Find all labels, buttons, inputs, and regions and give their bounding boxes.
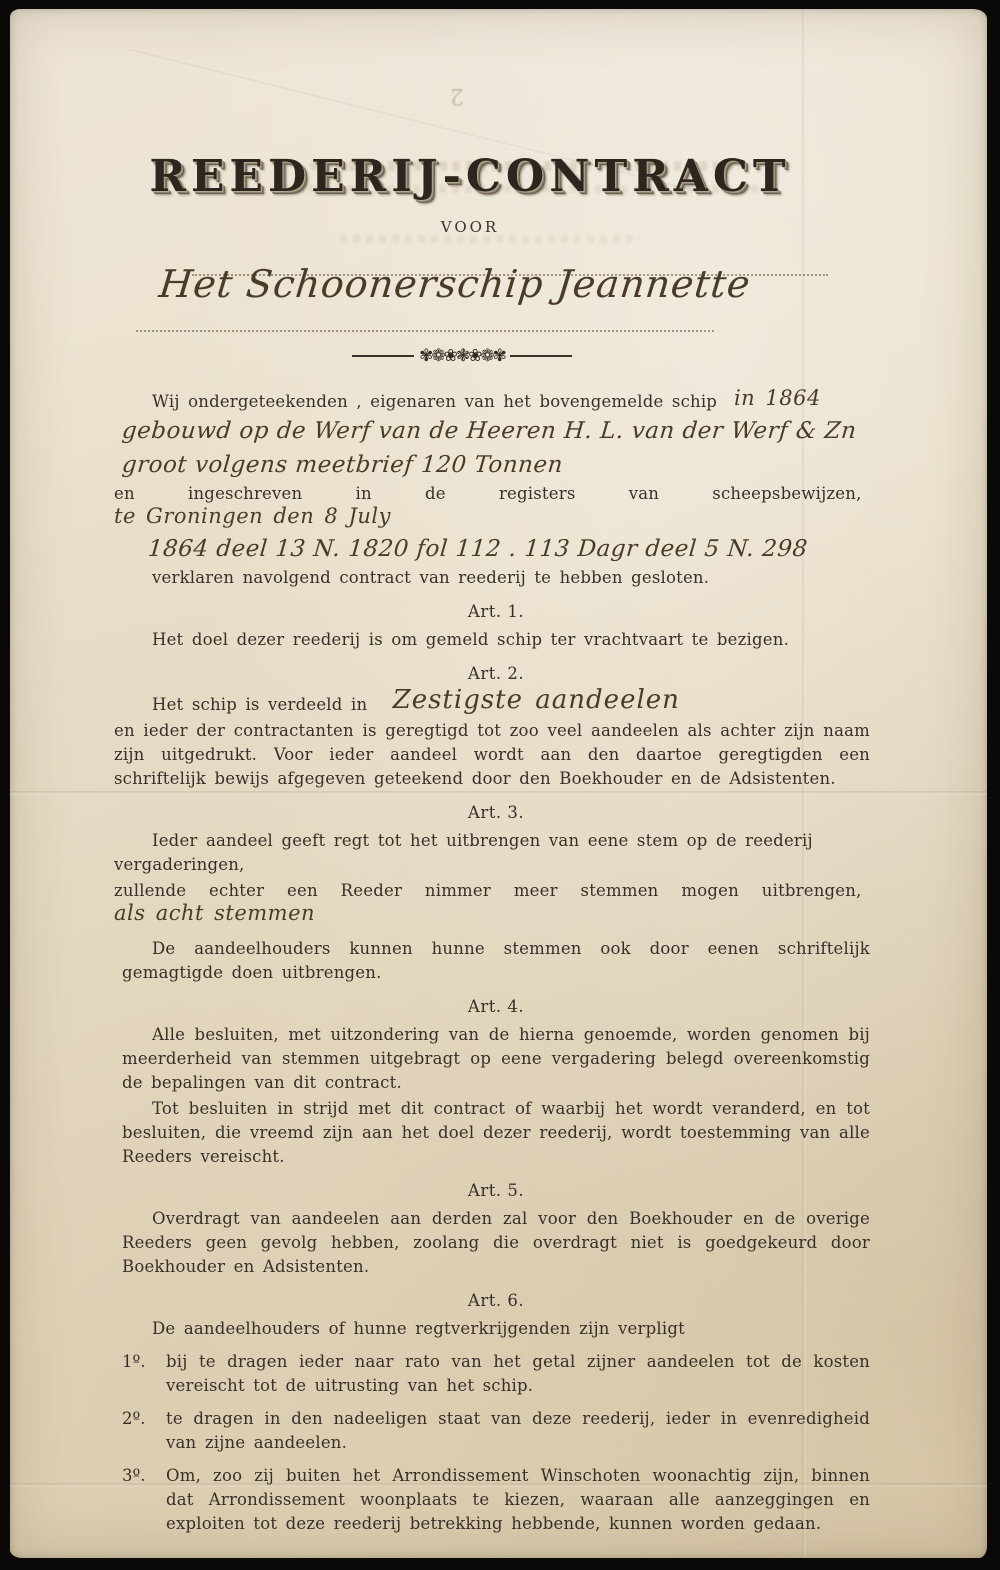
list-item-2-text: te dragen in den nadeeligen staat van de… [166, 1407, 870, 1455]
document-content: REEDERIJ-CONTRACT VOOR Het Schoonerschip… [122, 9, 870, 1536]
intro-closing-line: verklaren navolgend contract van reederi… [122, 566, 870, 590]
article-6-heading: Art. 6. [122, 1291, 870, 1310]
list-item-3: 3º. Om, zoo zij buiten het Arrondissemen… [122, 1464, 870, 1536]
handwritten-year: in 1864 [734, 386, 821, 410]
list-item-3-text: Om, zoo zij buiten het Arrondissement Wi… [166, 1464, 870, 1536]
article-4-body-1: Alle besluiten, met uitzondering van de … [122, 1023, 870, 1095]
intro-registry-line: en ingeschreven in de registers van sche… [114, 482, 870, 532]
article-3-body-2-printed: zullende echter een Reeder nimmer meer s… [114, 881, 862, 900]
intro-section: Wij ondergeteekenden , eigenaren van het… [122, 388, 870, 590]
list-item-2: 2º. te dragen in den nadeeligen staat va… [122, 1407, 870, 1455]
article-1-heading: Art. 1. [122, 602, 870, 621]
ship-name-field: Het Schoonerschip Jeannette [96, 260, 844, 336]
article-2-lead-line: Het schip is verdeeld in Zestigste aande… [122, 690, 870, 717]
intro-opening-printed: Wij ondergeteekenden , eigenaren van het… [152, 392, 717, 411]
article-2-lead-printed: Het schip is verdeeld in [152, 695, 367, 714]
divider-rule-right [510, 355, 572, 357]
article-2-body: en ieder der contractanten is geregtigd … [114, 719, 870, 791]
intro-opening-line: Wij ondergeteekenden , eigenaren van het… [122, 388, 870, 414]
article-3-body-3: De aandeelhouders kunnen hunne stemmen o… [122, 937, 870, 985]
ship-name-handwritten: Het Schoonerschip Jeannette [94, 262, 817, 306]
article-6-lead: De aandeelhouders of hunne regtverkrijge… [122, 1317, 870, 1341]
handwritten-registry-place: te Groningen den 8 July [114, 504, 391, 528]
article-1-body: Het doel dezer reederij is om gemeld sch… [122, 628, 870, 652]
article-5-body: Overdragt van aandeelen aan derden zal v… [122, 1207, 870, 1279]
article-4-body-2: Tot besluiten in strijd met dit contract… [122, 1097, 870, 1169]
document-title: REEDERIJ-CONTRACT [96, 151, 844, 202]
list-item-1: 1º. bij te dragen ieder naar rato van he… [122, 1350, 870, 1398]
document-photo: { "document": { "bleed_page_number": "2"… [0, 0, 1000, 1570]
list-item-1-number: 1º. [122, 1350, 166, 1398]
article-3-body-1-line2: vergaderingen, [114, 855, 245, 874]
article-3: Art. 3. Ieder aandeel geeft regt tot het… [122, 803, 870, 985]
divider-rule-left [352, 355, 414, 357]
article-6: Art. 6. De aandeelhouders of hunne regtv… [122, 1291, 870, 1536]
voor-label: VOOR [96, 218, 844, 236]
article-3-body-1: Ieder aandeel geeft regt tot het uitbren… [122, 829, 870, 877]
article-4-heading: Art. 4. [122, 997, 870, 1016]
handwritten-registry-numbers: 1864 deel 13 N. 1820 fol 112 . 113 Dagr … [147, 532, 872, 566]
article-1: Art. 1. Het doel dezer reederij is om ge… [122, 602, 870, 652]
article-3-heading: Art. 3. [122, 803, 870, 822]
header-group: REEDERIJ-CONTRACT VOOR Het Schoonerschip… [96, 151, 844, 366]
handwritten-builder: gebouwd op de Werf van de Heeren H. L. v… [121, 414, 872, 448]
intro-registry-printed: en ingeschreven in de registers van sche… [114, 484, 862, 503]
list-item-3-number: 3º. [122, 1464, 166, 1536]
article-2: Art. 2. Het schip is verdeeld in Zestigs… [122, 664, 870, 791]
article-5-heading: Art. 5. [122, 1181, 870, 1200]
spacer [122, 929, 870, 937]
dotted-rule-bottom [136, 330, 714, 332]
handwritten-shares: Zestigste aandeelen [393, 685, 680, 715]
article-4: Art. 4. Alle besluiten, met uitzondering… [122, 997, 870, 1169]
article-3-body-2: zullende echter een Reeder nimmer meer s… [114, 879, 870, 929]
article-5: Art. 5. Overdragt van aandeelen aan derd… [122, 1181, 870, 1279]
list-item-2-number: 2º. [122, 1407, 166, 1455]
article-3-body-1-line1: Ieder aandeel geeft regt tot het uitbren… [152, 831, 813, 850]
document-page: 2 REEDERIJ-CONTRACT VOOR Het Schoonersch… [10, 9, 987, 1558]
floral-ornament: ✾❁❀❃❀❁✾ [419, 346, 505, 366]
article-2-heading: Art. 2. [122, 664, 870, 683]
handwritten-tonnage: groot volgens meetbrief 120 Tonnen [121, 448, 872, 482]
handwritten-votes: als acht stemmen [114, 901, 315, 925]
ornamental-divider: ✾❁❀❃❀❁✾ [88, 346, 836, 366]
list-item-1-text: bij te dragen ieder naar rato van het ge… [166, 1350, 870, 1398]
